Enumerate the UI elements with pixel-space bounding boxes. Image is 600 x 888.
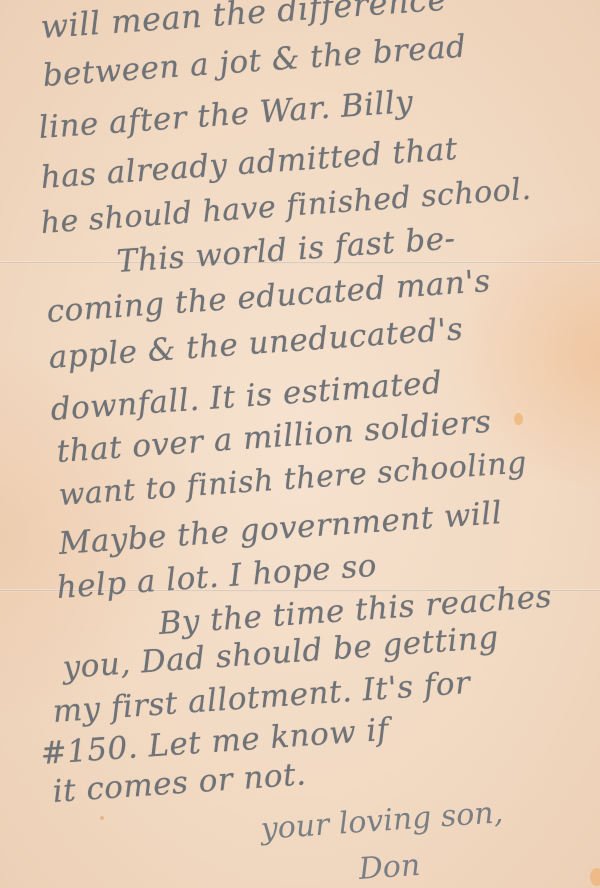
letter-signature: Don [358,848,422,887]
letter-line: line after the War. Billy [37,84,414,146]
letter-page: will mean the difference between a jot &… [0,0,600,888]
letter-body: will mean the difference between a jot &… [0,0,600,888]
